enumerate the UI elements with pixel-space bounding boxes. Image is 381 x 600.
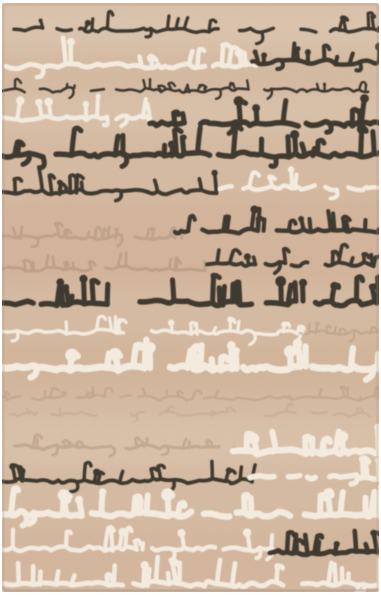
rug-image: [0, 0, 381, 600]
rug-product-photo: [0, 0, 381, 600]
